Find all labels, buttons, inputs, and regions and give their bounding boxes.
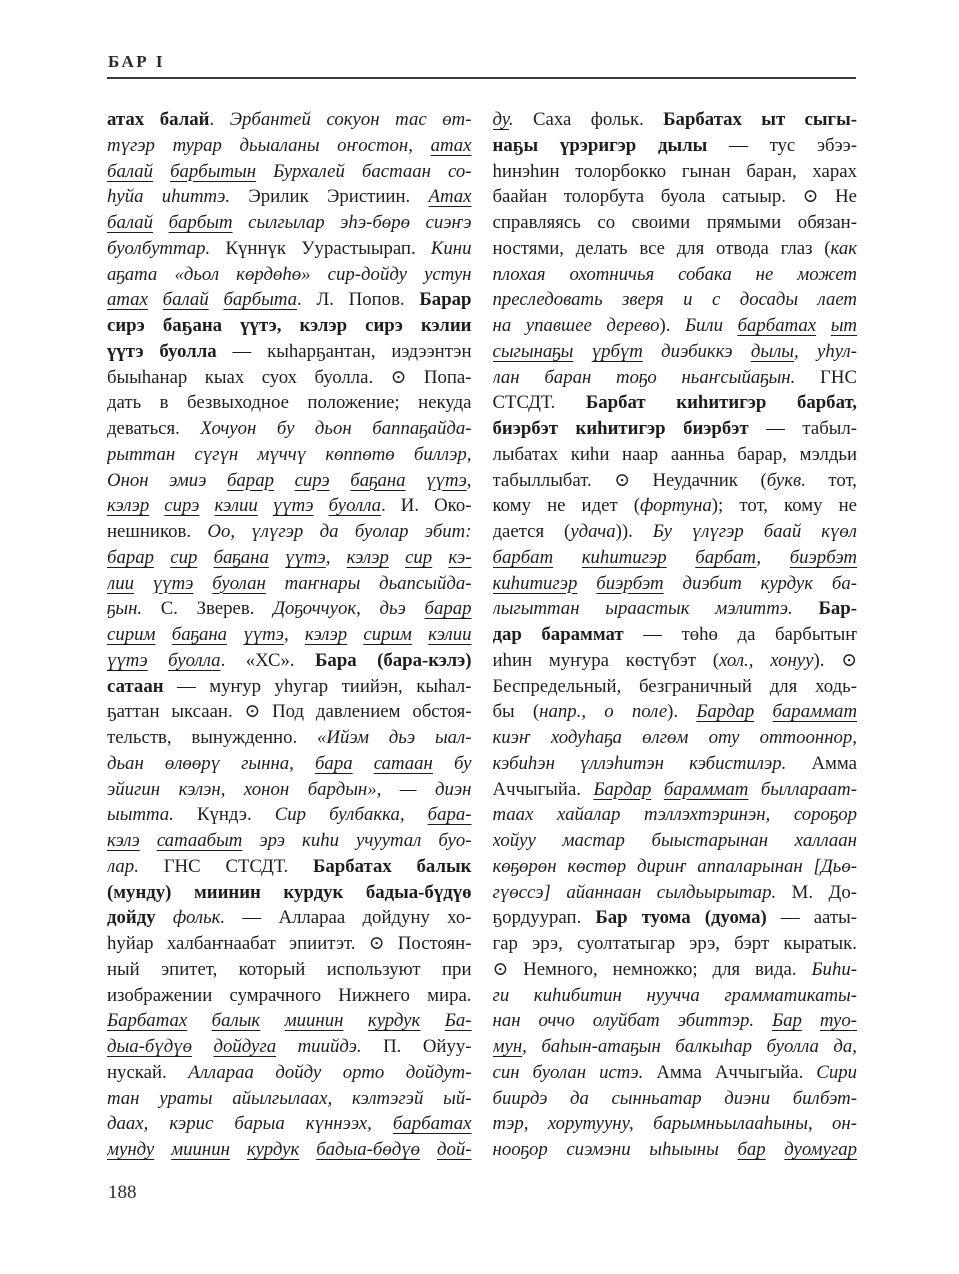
text-line: кэлэ сатаабыт эрэ киһи учуутал буо- <box>107 828 472 854</box>
text-line: түгэр турар дьыаланы оҥостон, атах <box>107 133 472 159</box>
text-line: нешников. Оо, үлүгэр да буолар эбит: <box>107 519 472 545</box>
text-run: Амма <box>811 753 857 774</box>
text-run: — Аллараа дойдуну хо- <box>225 907 471 928</box>
text-run: атах балай <box>107 109 209 130</box>
text-line: сирэ баҕана үүтэ, кэлэр сирэ кэлии <box>107 313 472 339</box>
text-run: кэлэр <box>107 495 149 516</box>
text-run: һуйа иһиттэ. <box>107 186 248 207</box>
text-run <box>197 547 213 568</box>
text-line: сыгынаҕы үрбүт диэбиккэ дылы, уһул- <box>493 339 858 365</box>
text-run <box>314 495 329 516</box>
text-run: курдук <box>247 1139 299 1160</box>
text-run: Бардар <box>696 701 754 722</box>
text-run <box>412 624 428 645</box>
text-run: үүтэ <box>426 470 467 491</box>
text-line: Онон эмиэ барар сирэ баҕана үүтэ, <box>107 468 472 494</box>
text-run <box>192 1036 214 1057</box>
text-run: лыбатах киһи наар аанньа барар, мэлдьи <box>493 444 858 465</box>
text-run <box>154 547 170 568</box>
text-run: нешников. <box>107 521 207 542</box>
text-run: тан ураты айылгылаах, кэлтэгэй ый- <box>107 1088 472 1109</box>
text-run: барбыт <box>169 212 233 233</box>
text-run: бу <box>433 753 472 774</box>
text-line: даах, кэрис барыа күннээх, барбатах <box>107 1111 472 1137</box>
text-run <box>420 1010 444 1031</box>
text-run: биэрбэт киһитигэр биэрбэт <box>493 418 749 439</box>
text-run: миинин <box>171 1139 230 1160</box>
text-run: сатаан <box>374 753 433 774</box>
text-line: үүтэ буолла — кыһарҕантан, иэдээнтэн <box>107 339 472 365</box>
text-line: барбат киһитигэр барбат, биэрбэт <box>493 545 858 571</box>
text-run <box>274 470 295 491</box>
text-line: үүтэ буолла. «ХС». Бара (бара-кэлэ) <box>107 648 472 674</box>
text-run: тельств, вынужденно. <box>107 727 317 748</box>
text-run: кэлэр <box>347 547 389 568</box>
text-run: Оо, үлүгэр да буолар эбит: <box>207 521 471 542</box>
text-run: бараммат <box>664 779 749 800</box>
text-line: иһин муҥура көстүбэт (хол., хонуу). ⊙ <box>493 648 858 674</box>
text-run: барар <box>425 598 472 619</box>
text-run: лии <box>107 573 134 594</box>
text-line: биэрбэт киһитигэр биэрбэт — табыл- <box>493 416 858 442</box>
text-line: ⊙ Немного, немножко; для вида. Биһи- <box>493 957 858 983</box>
text-run: тэр, хорутууну, барымньылааһыны, он- <box>493 1113 858 1134</box>
text-line: преследовать зверя и с досады лает <box>493 287 858 313</box>
right-column: ду. Саха фольк. Барбатах ыт сыгы-наҕы үр… <box>493 107 858 1163</box>
text-run: син буолан истэ. <box>493 1062 657 1083</box>
text-run: даах, кэрис барыа күннээх, <box>107 1113 393 1134</box>
text-run: буолла <box>168 650 220 671</box>
text-run: киһитигэр <box>493 573 578 594</box>
text-run: , <box>467 470 472 491</box>
text-line: ыытта. Күндэ. Сир булбакка, бара- <box>107 802 472 828</box>
text-run: (мунду) миинин курдук бадыа-бүдүө <box>107 882 472 903</box>
text-run: һинэһин толорбокко гынан баран, харах <box>493 161 858 182</box>
text-line: гар эрэ, суолтатыгар эрэ, бэрт кыратык. <box>493 931 858 957</box>
text-run: мун <box>493 1036 523 1057</box>
text-line: биирдэ да сынньатар диэни билбэт- <box>493 1086 858 1112</box>
text-run: Эрбантей сокуон тас өт- <box>230 109 472 130</box>
text-run <box>353 753 374 774</box>
text-line: эйигин кэлэн, хонон бардын», — диэн <box>107 777 472 803</box>
text-run: Кини <box>431 238 472 259</box>
text-run: хойуу мастар быыстарынан халлаан <box>493 830 858 851</box>
text-run: эйигин кэлэн, хонон бардын», — диэн <box>107 779 472 800</box>
text-run <box>156 624 172 645</box>
text-line: гүөссэ] айаннаан сылдьырытар. М. До- <box>493 880 858 906</box>
text-line: барар сир баҕана үүтэ, кэлэр сир кэ- <box>107 545 472 571</box>
text-line: лыгыттан ыраастык мэлиттэ. Бар- <box>493 596 858 622</box>
text-run: хол., хонуу <box>719 650 813 671</box>
text-run: ыт <box>831 315 857 336</box>
text-run: нан оччо олуйбат эбиттэр. <box>493 1010 773 1031</box>
text-line: Аччыгыйа. Бардар бараммат быллараат- <box>493 777 858 803</box>
text-line: мунду миинин курдук бадыа-бөдүө дой- <box>107 1137 472 1163</box>
text-run <box>148 289 163 310</box>
text-run: . Л. Попов. <box>297 289 419 310</box>
text-line: ду. Саха фольк. Барбатах ыт сыгы- <box>493 107 858 133</box>
text-run: Онон эмиэ <box>107 470 227 491</box>
text-run: Аллараа дойду орто дойдут- <box>188 1062 471 1083</box>
text-run: балык <box>212 1010 261 1031</box>
text-run: сирим <box>363 624 412 645</box>
text-run: Саха фольк. <box>533 109 663 130</box>
text-run: напр., о поле <box>539 701 667 722</box>
text-run: Амма Аччыгыйа. <box>656 1062 816 1083</box>
text-run: изображении сумрачного Нижнего мира. <box>107 985 472 1006</box>
text-run: барбыта <box>223 289 297 310</box>
text-line: мун, баһын-атаҕын балкыһар буолла да, <box>493 1034 858 1060</box>
text-line: (мунду) миинин курдук бадыа-бүдүө <box>107 880 472 906</box>
text-run: сирэ <box>164 495 199 516</box>
text-run: кэ- <box>448 547 471 568</box>
text-line: дается (удача)). Бу үлүгэр баай күөл <box>493 519 858 545</box>
text-run: Биһи- <box>811 959 857 980</box>
text-run: Барбатах ыт сыгы- <box>663 109 857 130</box>
running-head: БАР I <box>108 52 165 72</box>
text-run: баҕана <box>350 470 405 491</box>
left-column: атах балай. Эрбантей сокуон тас өт-түгэр… <box>107 107 472 1163</box>
text-run <box>187 1010 211 1031</box>
text-run: барбат <box>493 547 554 568</box>
text-line: сатаан — муҥур уһугар тиийэн, кыһал- <box>107 674 472 700</box>
text-run: «Ийэм дьэ ыал- <box>317 727 471 748</box>
text-run: Ба- <box>445 1010 472 1031</box>
text-line: рыттан сүгүн мүччү көппөтө биллэр, <box>107 442 472 468</box>
text-run: удача <box>570 521 615 542</box>
text-run: наҕы үрэригэр дылы <box>493 135 708 156</box>
text-line: лии үүтэ буолан таҥнары дьапсыйда- <box>107 571 472 597</box>
text-run: — ааты- <box>767 907 857 928</box>
text-run: сир <box>405 547 432 568</box>
text-run <box>153 212 169 233</box>
text-run: ). <box>659 315 684 336</box>
text-line: Барбатах балык миинин курдук Ба- <box>107 1008 472 1034</box>
text-run: Сир булбакка, <box>275 804 428 825</box>
text-run: биирдэ да сынньатар диэни билбэт- <box>493 1088 858 1109</box>
text-line: нускай. Аллараа дойду орто дойдут- <box>107 1060 472 1086</box>
text-run: С. Зверев. <box>161 598 273 619</box>
text-line: һуйар халбаҥнаабат эпиитэт. ⊙ Постоян- <box>107 931 472 957</box>
text-line: дать в безвыходное положение; некуда <box>107 390 472 416</box>
text-run: Күндэ. <box>197 804 275 825</box>
text-run: кому не идет ( <box>493 495 641 516</box>
text-run: Бу үлүгэр баай күөл <box>653 521 857 542</box>
text-run: ); тот, кому не <box>712 495 857 516</box>
text-run <box>577 573 596 594</box>
text-line: ҕаттан ыксаан. ⊙ Под давлением обстоя- <box>107 699 472 725</box>
text-line: деваться. Хочуон бу дьон баппаҕайда- <box>107 416 472 442</box>
text-run: тот, <box>806 470 857 491</box>
text-run: — төһө да барбытыҥ <box>624 624 857 645</box>
text-columns: атах балай. Эрбантей сокуон тас өт-түгэр… <box>107 107 857 1163</box>
text-run: бы ( <box>493 701 540 722</box>
page-number: 188 <box>108 1182 137 1204</box>
text-line: дойду фольк. — Аллараа дойдуну хо- <box>107 905 472 931</box>
text-run <box>230 1139 247 1160</box>
text-line: дьан өлөөрү гынна, бара сатаан бу <box>107 751 472 777</box>
text-run: . И. Око- <box>381 495 471 516</box>
text-run: — табыл- <box>749 418 857 439</box>
text-run: сыгынаҕы <box>493 341 574 362</box>
text-run: бадыа-бөдүө <box>316 1139 420 1160</box>
text-run: сатаан <box>107 676 164 697</box>
text-run: барбытын <box>170 161 256 182</box>
text-run: , <box>284 624 305 645</box>
text-run: киэҥ ходуһаҕа өлгөм оту оттооннор, <box>493 727 858 748</box>
text-run: фольк. <box>173 907 225 928</box>
text-run: ГНС <box>820 367 857 388</box>
text-run: ностями, делать все для отвода глаз ( <box>493 238 831 259</box>
text-run: кэбиһэн үллэһитэн кэбистилэр. <box>493 753 812 774</box>
text-run: кэлэр <box>305 624 347 645</box>
text-run: һуйар халбаҥнаабат эпиитэт. ⊙ Постоян- <box>107 933 472 954</box>
text-run <box>153 161 170 182</box>
text-run: фортуна <box>640 495 712 516</box>
text-run: , уһул- <box>794 341 857 362</box>
text-line: плохая охотничья собака не может <box>493 262 858 288</box>
text-run <box>406 470 427 491</box>
text-run: букв. <box>767 470 806 491</box>
text-line: киэҥ ходуһаҕа өлгөм оту оттооннор, <box>493 725 858 751</box>
text-run: )). <box>616 521 653 542</box>
text-line: аҕата «дьол көрдөһө» сир-дойду устун <box>107 262 472 288</box>
text-run <box>766 1139 785 1160</box>
text-run: дьан өлөөрү гынна, <box>107 753 315 774</box>
text-run: таҥнары дьапсыйда- <box>266 573 472 594</box>
text-run <box>148 650 168 671</box>
text-line: баайан толорбута буола сатыыр. ⊙ Не <box>493 184 858 210</box>
text-line: ҕордуурап. Бар туома (дуома) — ааты- <box>493 905 858 931</box>
text-run: иһин муҥура көстүбэт ( <box>493 650 720 671</box>
text-run: үүтэ <box>273 495 314 516</box>
text-run: сатаабыт <box>157 830 243 851</box>
text-run: нускай. <box>107 1062 188 1083</box>
text-run <box>432 547 448 568</box>
text-run: сылгылар эһэ-бөрө сиэҥэ <box>233 212 472 233</box>
text-run <box>420 1139 437 1160</box>
text-line: буолбуттар. Күннүк Уурастыырап. Кини <box>107 236 472 262</box>
text-run: Барбатах балык <box>313 856 472 877</box>
text-run <box>802 1010 820 1031</box>
text-run: — кыһарҕантан, иэдээнтэн <box>217 341 472 362</box>
text-run: үүтэ <box>243 624 284 645</box>
text-line: тан ураты айылгылаах, кэлтэгэй ый- <box>107 1086 472 1112</box>
text-line: справляясь со своими прямыми обязан- <box>493 210 858 236</box>
text-run: атах <box>107 289 148 310</box>
text-run: Бар туома (дуома) <box>595 907 766 928</box>
text-run: деваться. <box>107 418 200 439</box>
text-run: СТСДТ. <box>493 392 586 413</box>
text-run: киһитигэр <box>582 547 667 568</box>
text-run <box>651 779 663 800</box>
text-line: кэбиһэн үллэһитэн кэбистилэр. Амма <box>493 751 858 777</box>
text-run: дуомугар <box>784 1139 857 1160</box>
text-line: тэр, хорутууну, барымньылааһыны, он- <box>493 1111 858 1137</box>
text-line: атах балай барбыта. Л. Попов. Барар <box>107 287 472 313</box>
text-run: ҕордуурап. <box>493 907 596 928</box>
text-run: лар. <box>107 856 164 877</box>
text-run: . «ХС». <box>221 650 315 671</box>
text-run: таах хайалар тэллэхтэринэн, сороҕор <box>493 804 858 825</box>
text-run: — тус эбээ- <box>707 135 857 156</box>
text-line: Беспредельный, безграничный для ходь- <box>493 674 858 700</box>
text-run: ги киһибитин нуучча грамматикаты- <box>493 985 858 1006</box>
text-run: эрэ киһи учуутал буо- <box>242 830 471 851</box>
text-line: кому не идет (фортуна); тот, кому не <box>493 493 858 519</box>
text-run: рыттан сүгүн мүччү көппөтө биллэр, <box>107 444 472 465</box>
text-line: быыһанар кыах суох буолла. ⊙ Попа- <box>107 365 472 391</box>
text-run: миинин <box>285 1010 344 1031</box>
text-run <box>134 573 153 594</box>
text-run: как <box>831 238 858 259</box>
text-line: дыа-бүдүө дойдуга тиийдэ. П. Ойуу- <box>107 1034 472 1060</box>
text-run: кэлии <box>428 624 471 645</box>
text-run: кэлэ <box>107 830 140 851</box>
text-run: бараммат <box>772 701 857 722</box>
text-line: наҕы үрэригэр дылы — тус эбээ- <box>493 133 858 159</box>
text-line: СТСДТ. Барбат киһитигэр барбат, <box>493 390 858 416</box>
text-run: барар <box>227 470 274 491</box>
header-rule <box>107 77 856 79</box>
text-line: көҕөрөн көстөр дириҥ аппаларынан [Дьө- <box>493 854 858 880</box>
text-line: атах балай. Эрбантей сокуон тас өт- <box>107 107 472 133</box>
text-run: ҕаттан ыксаан. ⊙ Под давлением обстоя- <box>107 701 472 722</box>
text-run: диэбиккэ <box>643 341 751 362</box>
text-line: кэлэр сирэ кэлии үүтэ буолла. И. Око- <box>107 493 472 519</box>
text-run: көҕөрөн көстөр дириҥ аппаларынан [Дьө- <box>493 856 858 877</box>
text-run: плохая охотничья собака не может <box>493 264 858 285</box>
text-run: — муҥур уһугар тиийэн, кыһал- <box>164 676 472 697</box>
text-line: ный эпитет, который используют при <box>107 957 472 983</box>
text-run <box>553 547 582 568</box>
text-run: лан баран тоҕо ньаҥсыйаҕын. <box>493 367 821 388</box>
text-line: киһитигэр биэрбэт диэбит курдук ба- <box>493 571 858 597</box>
text-run: преследовать зверя и с досады лает <box>493 289 858 310</box>
text-run: ⊙ Немного, немножко; для вида. <box>493 959 812 980</box>
text-run: Бар- <box>818 598 857 619</box>
text-run: Били <box>685 315 738 336</box>
text-run: ҕын. <box>107 598 161 619</box>
text-run: гар эрэ, суолтатыгар эрэ, бэрт кыратык. <box>493 933 858 954</box>
text-run: ). <box>667 701 696 722</box>
text-line: лан баран тоҕо ньаҥсыйаҕын. ГНС <box>493 365 858 391</box>
text-run <box>209 289 224 310</box>
text-run: мунду <box>107 1139 154 1160</box>
text-run: үүтэ <box>285 547 326 568</box>
text-run: атах <box>431 135 472 156</box>
text-run <box>269 547 285 568</box>
text-line: хойуу мастар быыстарынан халлаан <box>493 828 858 854</box>
text-run: Доҕоччуок, дьэ <box>273 598 424 619</box>
text-run <box>260 1010 284 1031</box>
text-run: П. Ойуу- <box>383 1036 471 1057</box>
text-run: түгэр турар дьыаланы оҥостон, <box>107 135 431 156</box>
text-run: диэбит курдук ба- <box>664 573 857 594</box>
text-run: гүөссэ] айаннаан сылдьырытар. <box>493 882 792 903</box>
text-line: һинэһин толорбокко гынан баран, харах <box>493 159 858 185</box>
text-run: табыллыбат. ⊙ Неудачник ( <box>493 470 767 491</box>
text-run: на упавшее дерево <box>493 315 660 336</box>
text-line: бы (напр., о поле). Бардар бараммат <box>493 699 858 725</box>
text-run: , <box>756 547 789 568</box>
text-line: балай барбыт сылгылар эһэ-бөрө сиэҥэ <box>107 210 472 236</box>
text-run: буолбуттар. <box>107 238 225 259</box>
text-run: биэрбэт <box>790 547 857 568</box>
text-line: табыллыбат. ⊙ Неудачник (букв. тот, <box>493 468 858 494</box>
text-run: балай <box>107 161 153 182</box>
text-line: ҕын. С. Зверев. Доҕоччуок, дьэ барар <box>107 596 472 622</box>
text-run: бара- <box>428 804 472 825</box>
text-run <box>299 1139 316 1160</box>
text-run: нооҕор сиэмэни ыһыыны <box>493 1139 738 1160</box>
text-run <box>389 547 405 568</box>
text-run: буолла <box>329 495 381 516</box>
text-line: ги киһибитин нуучча грамматикаты- <box>493 983 858 1009</box>
text-run: лыгыттан ыраастык мэлиттэ. <box>493 598 819 619</box>
text-run: сир <box>170 547 197 568</box>
text-run: Атах <box>429 186 472 207</box>
text-run: дойдуга <box>214 1036 277 1057</box>
text-run <box>140 830 157 851</box>
text-run <box>193 573 212 594</box>
text-run: дыа-бүдүө <box>107 1036 192 1057</box>
text-run: туо- <box>820 1010 857 1031</box>
text-run: баайан толорбута буола сатыыр. ⊙ Не <box>493 186 858 207</box>
dictionary-page: БАР I атах балай. Эрбантей сокуон тас өт… <box>0 0 959 1274</box>
text-line: сирим баҕана үүтэ, кэлэр сирим кэлии <box>107 622 472 648</box>
text-run: баҕана <box>172 624 227 645</box>
text-run: буолан <box>212 573 266 594</box>
text-run: ыытта. <box>107 804 197 825</box>
text-line: лар. ГНС СТСДТ. Барбатах балык <box>107 854 472 880</box>
text-run: бара <box>315 753 353 774</box>
text-run: биэрбэт <box>596 573 663 594</box>
text-run: кэлии <box>215 495 258 516</box>
text-run: дылы <box>751 341 794 362</box>
text-line: ностями, делать все для отвода глаз (как <box>493 236 858 262</box>
text-line: лыбатах киһи наар аанньа барар, мэлдьи <box>493 442 858 468</box>
text-run: бар <box>737 1139 765 1160</box>
text-run: сирэ баҕана үүтэ, кэлэр сирэ кэлии <box>107 315 472 336</box>
text-run: курдук <box>368 1010 420 1031</box>
text-run: Бардар <box>593 779 651 800</box>
text-line: таах хайалар тэллэхтэринэн, сороҕор <box>493 802 858 828</box>
text-run <box>573 341 591 362</box>
text-run: , баһын-атаҕын балкыһар буолла да, <box>522 1036 857 1057</box>
text-line: дар бараммат — төһө да барбытыҥ <box>493 622 858 648</box>
text-run: аҕата «дьол көрдөһө» сир-дойду устун <box>107 264 472 285</box>
text-line: тельств, вынужденно. «Ийэм дьэ ыал- <box>107 725 472 751</box>
text-run: үүтэ буолла <box>107 341 217 362</box>
text-run: Беспредельный, безграничный для ходь- <box>493 676 858 697</box>
text-line: нооҕор сиэмэни ыһыыны бар дуомугар <box>493 1137 858 1163</box>
text-line: балай барбытын Бурхалей бастаан со- <box>107 159 472 185</box>
text-run: тиийдэ. <box>276 1036 383 1057</box>
text-run <box>227 624 243 645</box>
text-run: ГНС СТСДТ. <box>164 856 313 877</box>
text-run <box>154 1139 171 1160</box>
text-run: Аччыгыйа. <box>493 779 594 800</box>
text-run <box>667 547 696 568</box>
text-run: Бар <box>772 1010 802 1031</box>
text-run: ). ⊙ <box>813 650 857 671</box>
text-run: , <box>326 547 347 568</box>
text-run: . <box>509 109 533 130</box>
text-run: сирэ <box>295 470 330 491</box>
text-run <box>816 315 831 336</box>
text-run: үрбүт <box>592 341 643 362</box>
